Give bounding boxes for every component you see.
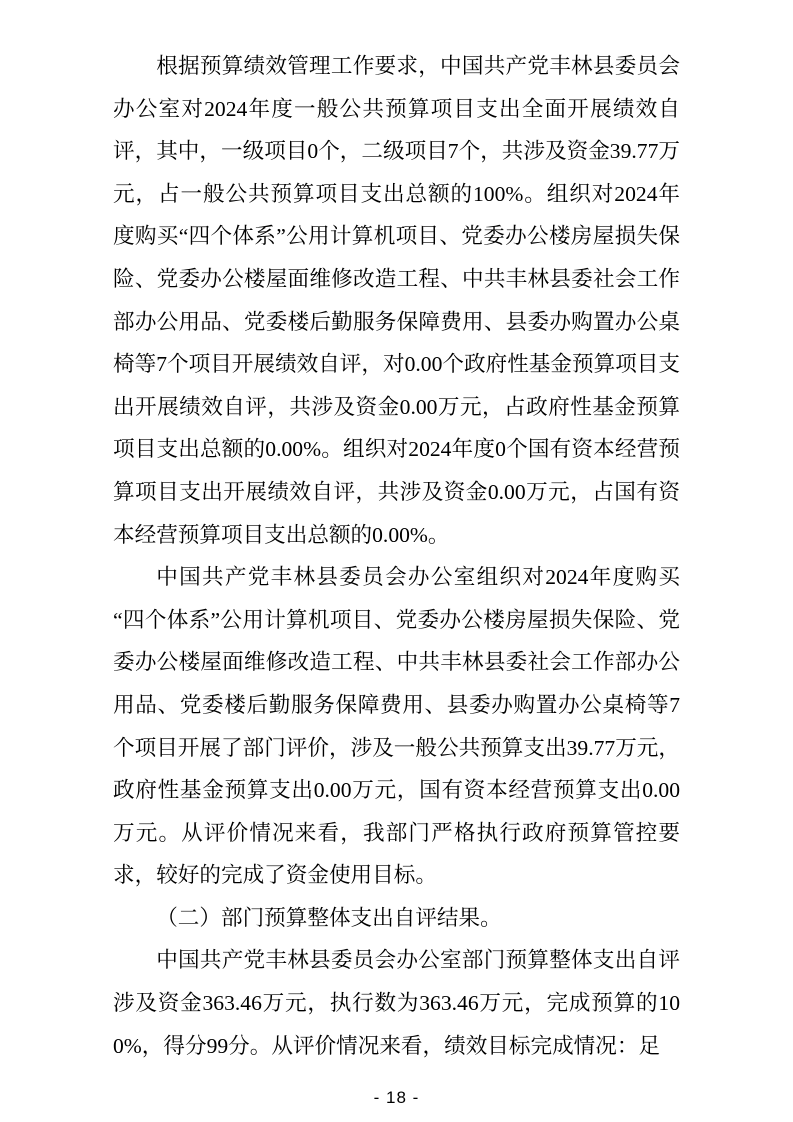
document-body: 根据预算绩效管理工作要求，中国共产党丰林县委员会办公室对2024年度一般公共预算… [113,45,680,1067]
paragraph-overall-budget-self-evaluation: 中国共产党丰林县委员会办公室部门预算整体支出自评涉及资金363.46万元，执行数… [113,939,680,1067]
section-heading-overall-budget-result: （二）部门预算整体支出自评结果。 [113,897,680,940]
paragraph-department-evaluation: 中国共产党丰林县委员会办公室组织对2024年度购买“四个体系”公用计算机项目、党… [113,556,680,897]
document-page: 根据预算绩效管理工作要求，中国共产党丰林县委员会办公室对2024年度一般公共预算… [0,0,793,1122]
page-footer: - 18 - [0,1088,793,1108]
paragraph-project-self-evaluation: 根据预算绩效管理工作要求，中国共产党丰林县委员会办公室对2024年度一般公共预算… [113,45,680,556]
page-number: - 18 - [374,1088,420,1107]
